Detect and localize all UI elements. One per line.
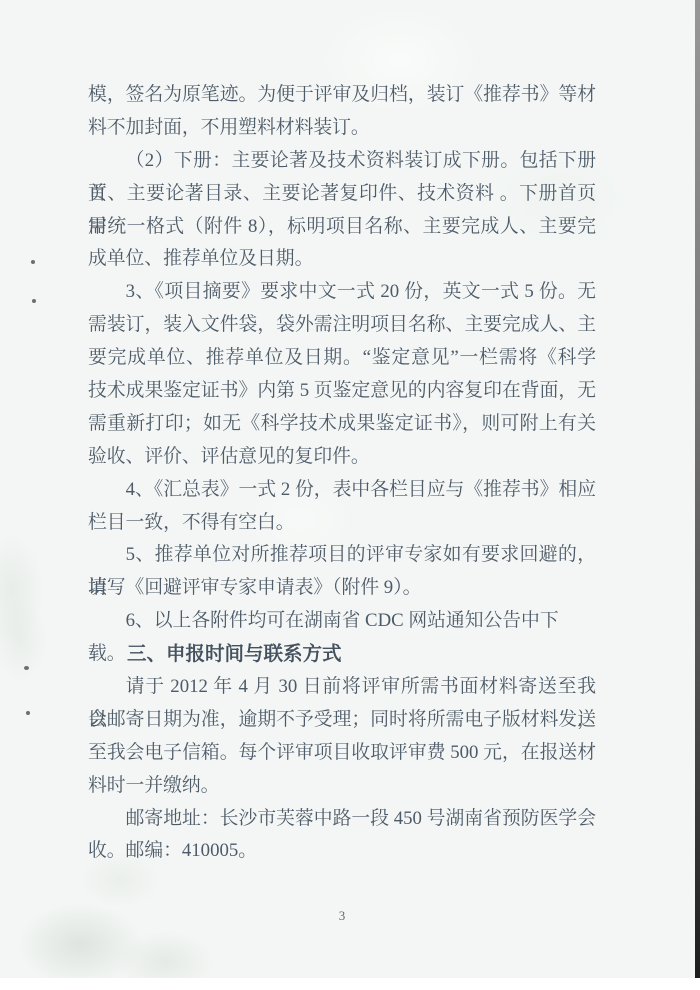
margin-dot [24, 666, 29, 670]
text-line: 成单位、推荐单位及日期。 [88, 243, 596, 276]
text-line: 邮寄地址：长沙市芙蓉中路一段 450 号湖南省预防医学会 [88, 803, 596, 836]
text-line: 需重新打印；如无《科学技术成果鉴定证书》，则可附上有关 [88, 408, 596, 441]
text-line: 页、主要论著目录、主要论著复印件、技术资料 。下册首页需 [88, 178, 596, 211]
text-line: 技术成果鉴定证书》内第 5 页鉴定意见的内容复印在背面，无 [88, 375, 596, 408]
text-line: 收。邮编：410005。 [88, 835, 596, 868]
text-line: 要完成单位、推荐单位及日期。“鉴定意见”一栏需将《科学 [88, 342, 596, 375]
scan-edge-shadow [695, 0, 700, 978]
margin-dot [31, 260, 35, 264]
text-line: 需装订，装入文件袋，袋外需注明项目名称、主要完成人、主 [88, 309, 596, 342]
text-line: 6、以上各附件均可在湖南省 CDC 网站通知公告中下载。 [88, 605, 596, 638]
text-line: 料时一并缴纳。 [88, 770, 596, 803]
section-heading: 三、申报时间与联系方式 [88, 638, 596, 671]
text-line: （2）下册：主要论著及技术资料装订成下册。包括下册首 [88, 145, 596, 178]
document-page: 模，签名为原笔迹。为便于评审及归档，装订《推荐书》等材 料不加封面，不用塑料材料… [0, 0, 700, 990]
text-line: 用统一格式（附件 8），标明项目名称、主要完成人、主要完 [88, 211, 596, 244]
text-line: 4、《汇总表》一式 2 份，表中各栏目应与《推荐书》相应 [88, 474, 596, 507]
margin-dot [32, 299, 36, 303]
text-line: 以邮寄日期为准，逾期不予受理；同时将所需电子版材料发送 [88, 704, 596, 737]
margin-dot [26, 711, 30, 715]
text-line: 模，签名为原笔迹。为便于评审及归档，装订《推荐书》等材 [88, 79, 596, 112]
document-body: 模，签名为原笔迹。为便于评审及归档，装订《推荐书》等材 料不加封面，不用塑料材料… [88, 79, 596, 868]
text-line: 栏目一致，不得有空白。 [88, 507, 596, 540]
text-line: 请于 2012 年 4 月 30 日前将评审所需书面材料寄送至我会， [88, 671, 596, 704]
scan-bottom-margin [0, 978, 700, 990]
text-line: 5、推荐单位对所推荐项目的评审专家如有要求回避的，请 [88, 539, 596, 572]
page-number: 3 [330, 908, 354, 924]
text-line: 至我会电子信箱。每个评审项目收取评审费 500 元，在报送材 [88, 737, 596, 770]
text-line: 料不加封面，不用塑料材料装订。 [88, 112, 596, 145]
text-line: 3、《项目摘要》要求中文一式 20 份，英文一式 5 份。无 [88, 276, 596, 309]
text-line: 填写《回避评审专家申请表》（附件 9）。 [88, 572, 596, 605]
text-line: 验收、评价、评估意见的复印件。 [88, 441, 596, 474]
